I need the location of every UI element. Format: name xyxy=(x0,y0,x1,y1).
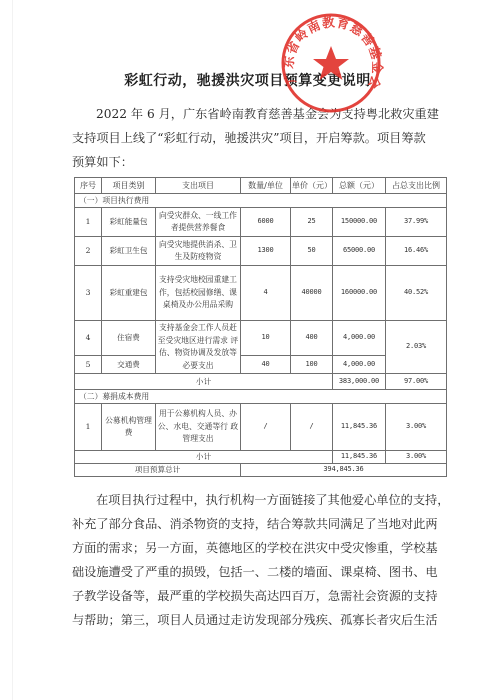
grand-total-row: 项目预算总计 394,845.36 xyxy=(75,464,447,477)
cell-total: 160000.00 xyxy=(333,266,386,321)
subtotal-ratio: 97.00% xyxy=(386,374,447,390)
grand-total-label: 项目预算总计 xyxy=(75,464,241,477)
cell-category: 彩虹能量包 xyxy=(102,208,156,237)
body-line: 与帮助；第三，项目人员通过走访发现部分残疾、孤寡长者灾后生活 xyxy=(72,608,452,632)
cell-qty: 4 xyxy=(241,266,291,321)
scan-edge-line xyxy=(12,0,13,700)
section-label: （一）项目执行费用 xyxy=(75,194,447,208)
cell-total: 4,000.00 xyxy=(333,321,386,356)
intro-line: 2022 年 6 月，广东省岭南教育慈善基金会为支持粤北救灾重建 xyxy=(72,102,452,126)
cell-ratio: 2.03% xyxy=(386,321,447,374)
cell-item: 支持基金会工作人员赶至受灾地区进行需求 评估、物资协调及发放等必要支出 xyxy=(156,321,241,374)
cell-category: 彩虹重建包 xyxy=(102,266,156,321)
cell-item: 向受灾群众、一线工作者提供营养餐食 xyxy=(156,208,241,237)
cell-item: 向受灾地提供消杀、卫生及防疫物资 xyxy=(156,237,241,266)
table-row: 4 住宿费 支持基金会工作人员赶至受灾地区进行需求 评估、物资协调及发放等必要支… xyxy=(75,321,447,356)
subtotal-total: 383,000.00 xyxy=(333,374,386,390)
cell-ratio: 40.52% xyxy=(386,266,447,321)
header-cell: 总额（元） xyxy=(333,178,386,194)
cell-item: 支持受灾地校园重建工作，包括校园修缮、课桌椅及办公用品采购 xyxy=(156,266,241,321)
cell-no: 5 xyxy=(75,356,102,374)
header-cell: 序号 xyxy=(75,178,102,194)
body-line: 子教学设备等，最严重的学校损失高达四百万，急需社会资源的支持 xyxy=(72,584,452,608)
cell-qty: 1300 xyxy=(241,237,291,266)
table-row: 1 公募机构管理费 用于公募机构人员、办公、水电、交通等行 政管理支出 / / … xyxy=(75,404,447,451)
cell-total: 11,845.36 xyxy=(333,404,386,451)
cell-no: 4 xyxy=(75,321,102,356)
header-cell: 项目类别 xyxy=(102,178,156,194)
cell-qty: / xyxy=(241,404,291,451)
cell-total: 150000.00 xyxy=(333,208,386,237)
cell-ratio: 3.00% xyxy=(386,404,447,451)
cell-category: 彩虹卫生包 xyxy=(102,237,156,266)
section-row: （二）募捐成本费用 xyxy=(75,390,447,404)
cell-qty: 40 xyxy=(241,356,291,374)
cell-total: 4,000.00 xyxy=(333,356,386,374)
section-label: （二）募捐成本费用 xyxy=(75,390,447,404)
cell-no: 2 xyxy=(75,237,102,266)
subtotal-row: 小计 11,845.36 3.00% xyxy=(75,451,447,464)
table-row: 1 彩虹能量包 向受灾群众、一线工作者提供营养餐食 6000 25 150000… xyxy=(75,208,447,237)
section-row: （一）项目执行费用 xyxy=(75,194,447,208)
cell-item: 用于公募机构人员、办公、水电、交通等行 政管理支出 xyxy=(156,404,241,451)
body-line: 在项目执行过程中，执行机构一方面链接了其他爱心单位的支持， xyxy=(72,488,452,512)
cell-category: 住宿费 xyxy=(102,321,156,356)
cell-price: 50 xyxy=(291,237,333,266)
header-cell: 支出项目 xyxy=(156,178,241,194)
table-row: 2 彩虹卫生包 向受灾地提供消杀、卫生及防疫物资 1300 50 65000.0… xyxy=(75,237,447,266)
subtotal-label: 小计 xyxy=(75,451,333,464)
cell-no: 1 xyxy=(75,404,102,451)
cell-total: 65000.00 xyxy=(333,237,386,266)
cell-no: 1 xyxy=(75,208,102,237)
subtotal-label: 小计 xyxy=(75,374,333,390)
intro-line: 预算如下： xyxy=(72,150,452,174)
budget-table: 序号 项目类别 支出项目 数量/单位 单价（元） 总额（元） 占总支出比例 （一… xyxy=(74,177,447,477)
subtotal-row: 小计 383,000.00 97.00% xyxy=(75,374,447,390)
cell-price: 100 xyxy=(291,356,333,374)
body-line: 补充了部分食品、消杀物资的支持，结合筹款共同满足了当地对此两 xyxy=(72,512,452,536)
body-paragraph: 在项目执行过程中，执行机构一方面链接了其他爱心单位的支持， 补充了部分食品、消杀… xyxy=(72,488,452,632)
cell-price: / xyxy=(291,404,333,451)
table-header-row: 序号 项目类别 支出项目 数量/单位 单价（元） 总额（元） 占总支出比例 xyxy=(75,178,447,194)
grand-total-value: 394,845.36 xyxy=(241,464,447,477)
cell-qty: 6000 xyxy=(241,208,291,237)
table-row: 3 彩虹重建包 支持受灾地校园重建工作，包括校园修缮、课桌椅及办公用品采购 4 … xyxy=(75,266,447,321)
body-line: 础设施遭受了严重的损毁，包括一、二楼的墙面、课桌椅、图书、电 xyxy=(72,560,452,584)
cell-qty: 10 xyxy=(241,321,291,356)
document-page: 彩虹行动，驰援洪灾项目预算变更说明 广东省岭南教育慈善基金会 2022 年 6 … xyxy=(0,0,495,700)
cell-ratio: 37.99% xyxy=(386,208,447,237)
cell-ratio: 16.46% xyxy=(386,237,447,266)
cell-price: 25 xyxy=(291,208,333,237)
intro-line: 支持项目上线了“彩虹行动，驰援洪灾”项目，开启筹款。项目筹款 xyxy=(72,126,452,150)
subtotal-total: 11,845.36 xyxy=(333,451,386,464)
official-seal-icon: 广东省岭南教育慈善基金会 xyxy=(276,8,386,118)
document-title: 彩虹行动，驰援洪灾项目预算变更说明 xyxy=(0,70,495,90)
cell-price: 40000 xyxy=(291,266,333,321)
header-cell: 数量/单位 xyxy=(241,178,291,194)
subtotal-ratio: 3.00% xyxy=(386,451,447,464)
cell-category: 交通费 xyxy=(102,356,156,374)
header-cell: 占总支出比例 xyxy=(386,178,447,194)
intro-paragraph: 2022 年 6 月，广东省岭南教育慈善基金会为支持粤北救灾重建 支持项目上线了… xyxy=(72,102,452,174)
body-line: 方面的需求；另一方面，英德地区的学校在洪灾中受灾惨重，学校基 xyxy=(72,536,452,560)
cell-category: 公募机构管理费 xyxy=(102,404,156,451)
cell-no: 3 xyxy=(75,266,102,321)
cell-price: 400 xyxy=(291,321,333,356)
header-cell: 单价（元） xyxy=(291,178,333,194)
